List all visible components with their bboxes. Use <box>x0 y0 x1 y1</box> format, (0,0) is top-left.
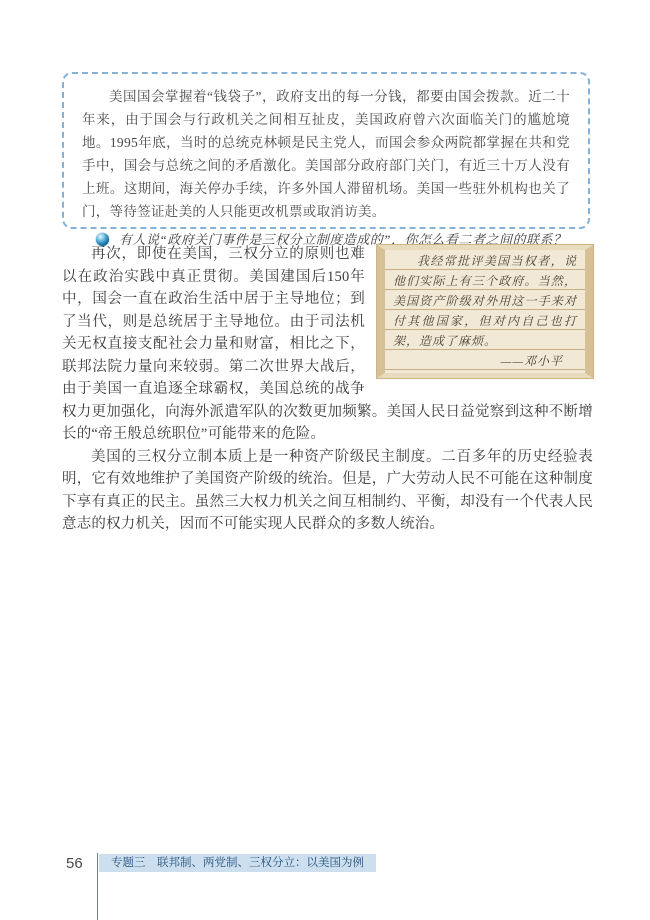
page-number: 56 <box>66 855 83 872</box>
textbook-page: 美国国会掌握着“钱袋子”，政府支出的每一分钱，都要由国会拨款。近二十年来，由于国… <box>0 0 650 920</box>
quote-attribution: ——邓小平 <box>393 351 577 371</box>
quote-box-inner: 我经常批评美国当权者，说他们实际上有三个政府。当然，美国资产阶级对外用这一手来对… <box>385 250 585 373</box>
footer-chapter-bar: 专题三 联邦制、两党制、三权分立：以美国为例 <box>99 854 376 872</box>
quote-box: 我经常批评美国当权者，说他们实际上有三个政府。当然，美国资产阶级对外用这一手来对… <box>377 245 593 378</box>
body-paragraph-2: 美国的三权分立制本质上是一种资产阶级民主制度。二百多年的历史经验表明，它有效地维… <box>62 446 593 536</box>
info-box-paragraph: 美国国会掌握着“钱袋子”，政府支出的每一分钱，都要由国会拨款。近二十年来，由于国… <box>82 85 570 223</box>
footer-divider-line <box>97 853 98 920</box>
quote-text: 我经常批评美国当权者，说他们实际上有三个政府。当然，美国资产阶级对外用这一手来对… <box>393 251 577 351</box>
body-content: 我经常批评美国当权者，说他们实际上有三个政府。当然，美国资产阶级对外用这一手来对… <box>62 243 593 536</box>
info-box: 美国国会掌握着“钱袋子”，政府支出的每一分钱，都要由国会拨款。近二十年来，由于国… <box>62 72 590 229</box>
